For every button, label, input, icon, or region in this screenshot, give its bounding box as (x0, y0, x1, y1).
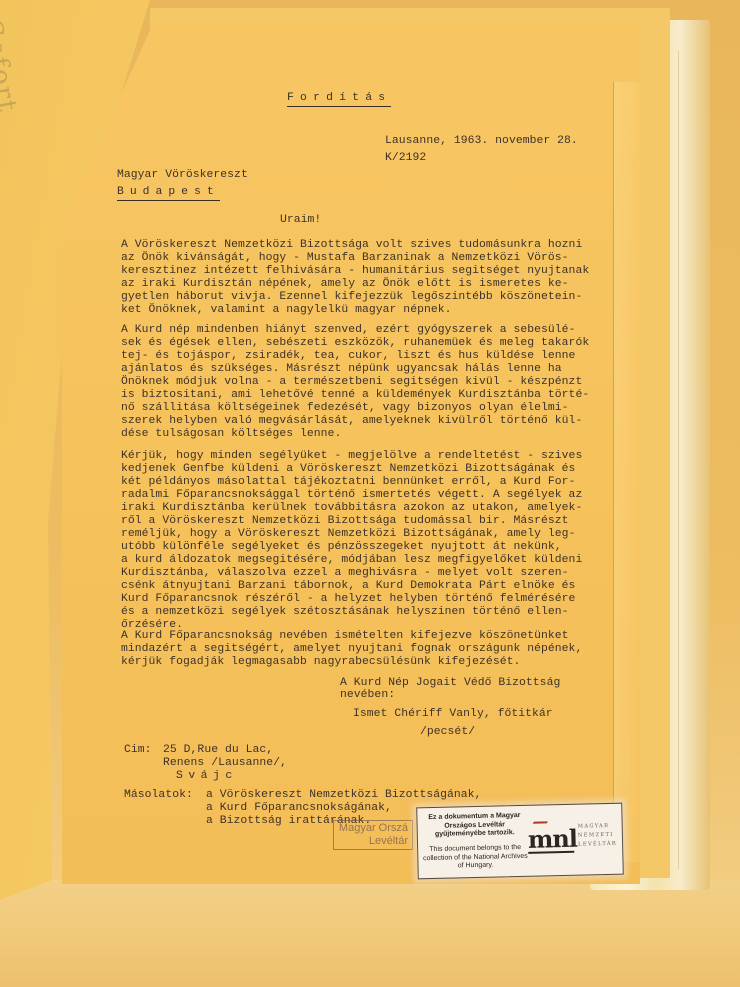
paragraph-line: két példányos másolattal tájékoztatni be… (121, 476, 575, 489)
paragraph-line: nő szállitása költségeinek fedezését, va… (121, 402, 569, 415)
paragraph-line: szerek helyben való megvásárlását, amely… (121, 415, 582, 428)
paragraph-line: iraki Kurdisztánba kerülnek továbbitásra… (121, 502, 582, 515)
paragraph-line: A Vöröskereszt Nemzetközi Bizottsága vol… (121, 239, 582, 252)
logo-baseline (528, 851, 574, 854)
salutation: Uraim! (280, 214, 321, 227)
seal-note: /pecsét/ (420, 726, 475, 739)
paragraph-line: az iraki Kurdisztán népének, amely az Ön… (121, 278, 569, 291)
recipient-city: Budapest (117, 186, 220, 201)
paragraph-line: az Önök kivánságát, hogy - Mustafa Barza… (121, 252, 569, 265)
address-country: Svájc (176, 770, 238, 783)
signer-name: Ismet Chériff Vanly, főtitkár (353, 708, 553, 721)
paragraph-line: és a nemzetközi segélyek szétosztásának … (121, 606, 569, 619)
recipient-name: Magyar Vöröskereszt (117, 169, 248, 182)
label-text-english: This document belongs to the collection … (422, 844, 529, 872)
copy-recipient: a Kurd Főparancsnokságának, (206, 802, 392, 815)
paragraph-line: ajánlatos és szükséges. Másrészt népünk … (121, 363, 562, 376)
label-text-hungarian: Ez a dokumentum a Magyar Országos Levélt… (421, 812, 528, 840)
paragraph-line: radalmi Főparancsnoksággal történő ismer… (121, 489, 582, 502)
archive-ownership-label: Ez a dokumentum a Magyar Országos Levélt… (416, 803, 624, 880)
paragraph-line: Önöknek módjuk volna - a természetbeni s… (121, 376, 582, 389)
stamp-line-2: Levéltár (338, 835, 408, 848)
paragraph-line: kérjük fogadják legmagasabb nagyrabecsül… (121, 656, 520, 669)
paragraph-line: dése tulságosan költséges lenne. (121, 428, 341, 441)
table-surface (0, 880, 740, 987)
paragraph-line: utóbb különféle segélyeket és pénzösszeg… (121, 541, 562, 554)
logo-mark: mnl (528, 827, 578, 852)
copies-label: Másolatok: (124, 789, 193, 802)
paragraph-line: gyetlen háborut vivja. Ezennel kifejezzü… (121, 291, 582, 304)
paragraph-line: mindazért a segitségért, amelyet nyujtan… (121, 643, 582, 656)
logo-name: MAGYAR NEMZETI LEVÉLTÁR (578, 822, 618, 850)
paragraph-line: reméljük, hogy a Vöröskereszt Nemzetközi… (121, 528, 575, 541)
signing-organization-suffix: nevében: (340, 689, 395, 702)
paragraph-line: tej- és tojáspor, zsiradék, tea, cukor, … (121, 350, 575, 363)
archive-stamp: Magyar Orszá Levéltár (333, 820, 413, 850)
paragraph-line: ről a Vöröskereszt Nemzetközi Bizottsága… (121, 515, 569, 528)
address-label: Cim: (124, 744, 152, 757)
paragraph-line: Kurdisztánba, válaszolva ezzel a meghivá… (121, 567, 569, 580)
torn-page-edge (613, 82, 640, 862)
paragraph-line: csénk átnyujtani Barzani tábornok, a Kur… (121, 580, 575, 593)
paragraph-line: Kurd Főparancsnok részéről - a helyzet h… (121, 593, 575, 606)
paragraph-line: kedjenek Genfbe küldeni a Vöröskereszt N… (121, 463, 575, 476)
address-line-2: Renens /Lausanne/, (163, 757, 287, 770)
paragraph-line: Kérjük, hogy minden segélyüket - megjelö… (121, 450, 582, 463)
paragraph-line: keresztinez intézett felhivására - human… (121, 265, 589, 278)
paragraph-line: a kurd áldozatok megsegitésére, módjában… (121, 554, 582, 567)
paragraph-line: sek és égések ellen, sebészeti eszközök,… (121, 337, 589, 350)
paragraph-line: is biztositani, ami lehetővé tenné a kül… (121, 389, 589, 402)
pencil-annotation: Sofort (0, 18, 22, 115)
stamp-line-1: Magyar Orszá (338, 822, 408, 835)
address-line-1: 25 D,Rue du Lac, (163, 744, 273, 757)
document-heading: Fordítás (287, 92, 391, 107)
paragraph-line: A Kurd Főparancsnokság nevében ismételte… (121, 630, 569, 643)
copy-recipient: a Vöröskereszt Nemzetközi Bizottságának, (206, 789, 481, 802)
paragraph-line: A Kurd nép mindenben hiányt szenved, ezé… (121, 324, 575, 337)
dateline: Lausanne, 1963. november 28. (385, 135, 578, 148)
paragraph-line: ket Önöknek, valamint a nagylelkü magyar… (121, 304, 452, 317)
reference-number: K/2192 (385, 152, 426, 165)
mnl-logo-icon: mnl MAGYAR NEMZETI LEVÉLTÁR (528, 820, 619, 854)
